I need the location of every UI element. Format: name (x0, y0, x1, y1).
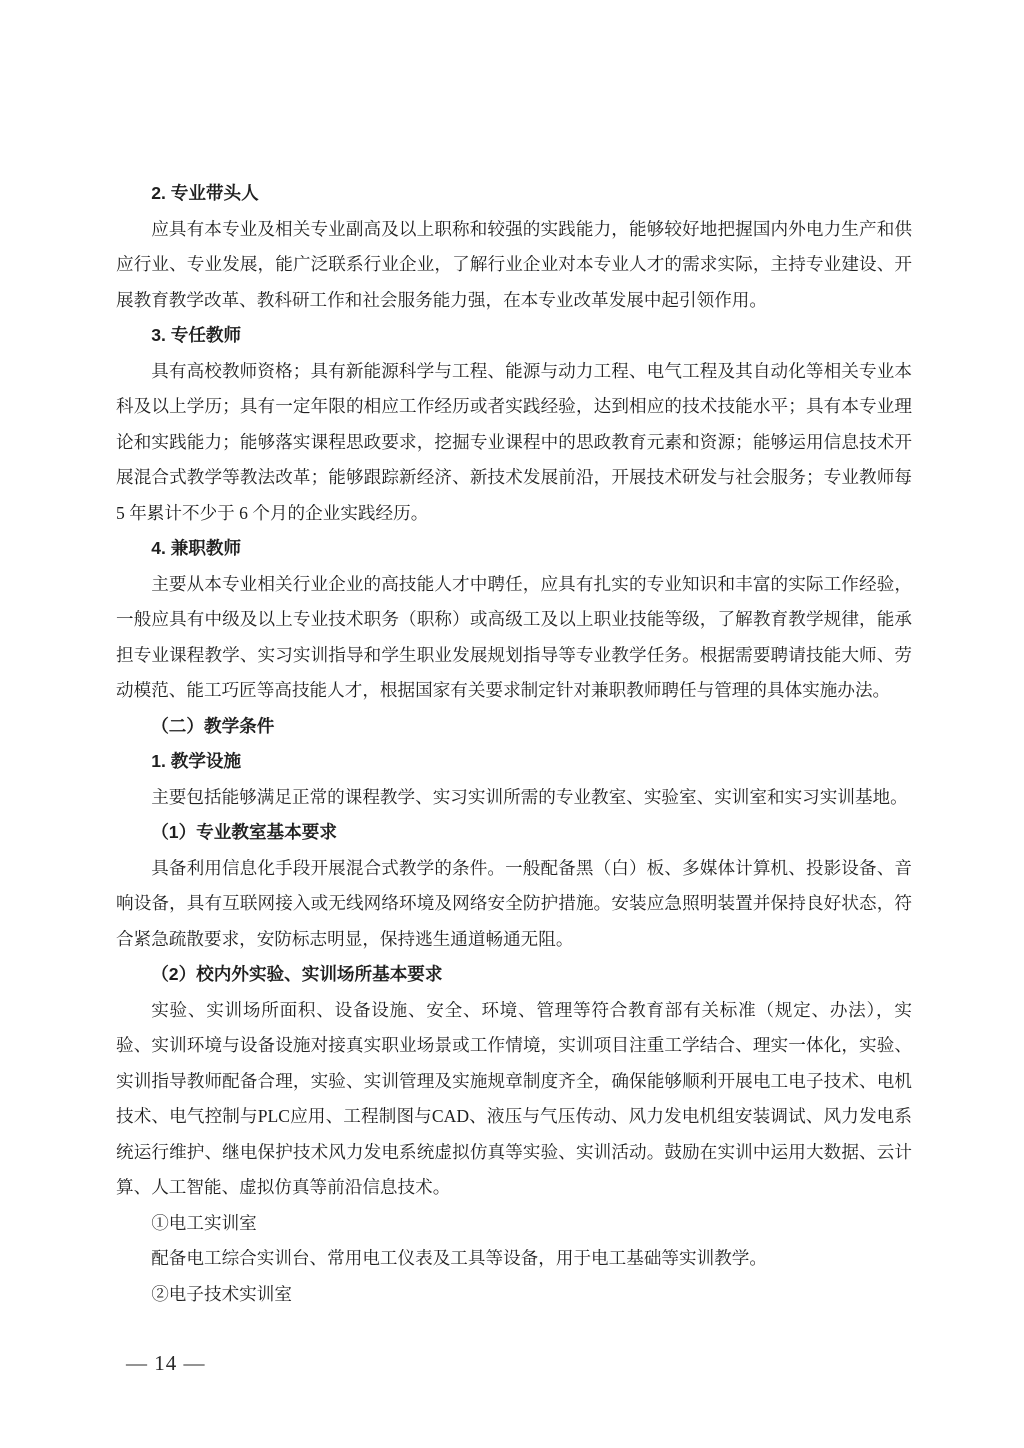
page-body-text: 2. 专业带头人 应具有本专业及相关专业副高及以上职称和较强的实践能力，能够较好… (116, 176, 912, 1312)
item-electronics-training-room: ②电子技术实训室 (116, 1277, 912, 1313)
paragraph-training-site-requirements: 实验、实训场所面积、设备设施、安全、环境、管理等符合教育部有关标准（规定、办法）… (116, 993, 912, 1206)
item-electrician-training-room: ①电工实训室 (116, 1206, 912, 1242)
paragraph-parttime-teachers: 主要从本专业相关行业企业的高技能人才中聘任，应具有扎实的专业知识和丰富的实际工作… (116, 567, 912, 709)
page-number: — 14 — (126, 1348, 206, 1378)
paragraph-professional-leader: 应具有本专业及相关专业副高及以上职称和较强的实践能力，能够较好地把握国内外电力生… (116, 212, 912, 319)
heading-teaching-conditions: （二）教学条件 (116, 709, 912, 745)
heading-teaching-facilities: 1. 教学设施 (116, 744, 912, 780)
heading-fulltime-teachers: 3. 专任教师 (116, 318, 912, 354)
heading-professional-leader: 2. 专业带头人 (116, 176, 912, 212)
paragraph-classroom-requirements: 具备利用信息化手段开展混合式教学的条件。一般配备黑（白）板、多媒体计算机、投影设… (116, 851, 912, 958)
paragraph-fulltime-teachers: 具有高校教师资格；具有新能源科学与工程、能源与动力工程、电气工程及其自动化等相关… (116, 354, 912, 532)
paragraph-teaching-facilities: 主要包括能够满足正常的课程教学、实习实训所需的专业教室、实验室、实训室和实习实训… (116, 780, 912, 816)
heading-training-site-requirements: （2）校内外实验、实训场所基本要求 (116, 957, 912, 993)
paragraph-electrician-training-room: 配备电工综合实训台、常用电工仪表及工具等设备，用于电工基础等实训教学。 (116, 1241, 912, 1277)
heading-parttime-teachers: 4. 兼职教师 (116, 531, 912, 567)
heading-classroom-requirements: （1）专业教室基本要求 (116, 815, 912, 851)
document-page: 2. 专业带头人 应具有本专业及相关专业副高及以上职称和较强的实践能力，能够较好… (0, 0, 1024, 1448)
